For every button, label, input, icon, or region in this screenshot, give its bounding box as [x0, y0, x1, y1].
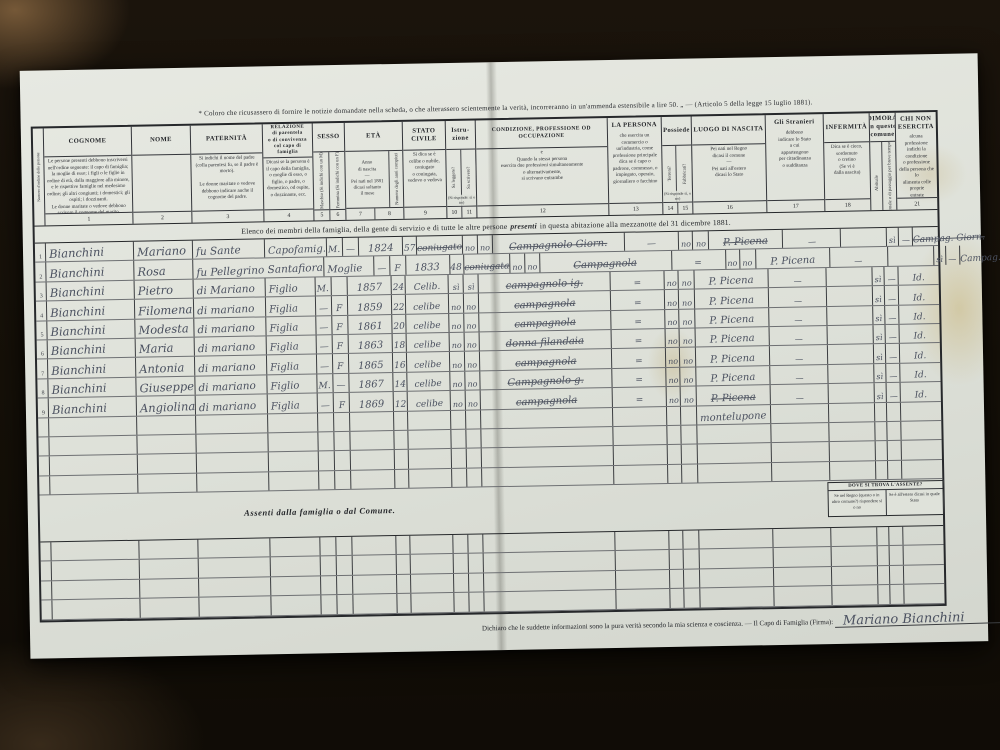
table-cell [684, 550, 700, 569]
table-cell: celibe [407, 352, 450, 371]
header-subcolumn: Maschio (Si indichi con un M) [313, 152, 330, 209]
cell-value: no [667, 318, 677, 327]
cell-value: sì [889, 236, 896, 245]
cell-value: no [452, 380, 462, 389]
header-column-title: LA PERSONA [608, 117, 661, 132]
cell-value: Figlia [270, 361, 299, 373]
cell-value: F [337, 342, 344, 352]
table-cell [771, 423, 829, 442]
table-cell [138, 454, 197, 473]
table-cell [271, 557, 321, 576]
cell-value: Figlio [270, 381, 299, 393]
table-cell: no [510, 254, 525, 273]
table-cell: coniugata [464, 254, 510, 273]
table-cell: — [770, 326, 828, 345]
column-number-row: 12 [477, 203, 608, 217]
table-cell [670, 550, 684, 569]
table-cell [351, 450, 395, 469]
table-cell: — [769, 287, 827, 306]
cell-value: M. [328, 245, 340, 256]
cell-value: 1863 [357, 340, 383, 352]
cell-value: no [682, 337, 692, 346]
table-cell: — [318, 393, 334, 412]
table-cell: 18 [393, 334, 407, 353]
header-column: Istru- zioneSa leggere?Sa scrivere?(Si r… [446, 120, 478, 218]
table-cell: P. Picena [695, 308, 769, 328]
table-cell: M. [317, 374, 333, 393]
cell-value: Figlia [270, 342, 299, 354]
table-cell: = [612, 368, 666, 387]
table-cell [269, 471, 319, 490]
cell-value: P. Picena [709, 294, 754, 307]
table-cell: Maria [136, 338, 195, 357]
table-cell [878, 546, 890, 565]
table-cell: 5 [36, 321, 47, 340]
header-column-title: CONDIZIONE, PROFESSIONE OD OCCUPAZIONE [476, 118, 608, 149]
header-column-title: SESSO [313, 123, 345, 153]
cell-value: fu Sante [196, 245, 241, 259]
table-cell [335, 471, 351, 490]
table-cell: di mariano [195, 336, 267, 356]
table-cell [902, 440, 942, 459]
table-cell: M. [327, 238, 343, 257]
cell-value: Bianchini [50, 303, 106, 319]
member-rows: 1BianchiniMarianofu SanteCapofamig.M.—18… [35, 227, 942, 496]
table-cell [841, 228, 887, 247]
table-cell: Bianchini [48, 377, 136, 397]
table-cell: Pietro [135, 279, 194, 298]
header-subcolumns: Terreni?Fabbricati?(Si risponde sì, o no… [662, 146, 692, 203]
cell-value: 20 [393, 322, 405, 332]
table-cell: campagnola [480, 349, 612, 370]
table-cell: Id. [899, 285, 939, 304]
cell-value: campagnola [514, 298, 576, 312]
table-cell [682, 464, 698, 483]
table-cell: no [666, 368, 680, 387]
table-cell [41, 601, 52, 620]
table-cell: Figlia [268, 394, 318, 413]
cell-value: Rosa [137, 264, 166, 279]
table-cell [452, 468, 467, 487]
cell-value: — [948, 254, 956, 263]
header-column: LA PERSONAche esercita un commercio o un… [608, 117, 664, 215]
table-cell: 1863 [349, 334, 393, 353]
cell-value: no [527, 262, 537, 271]
cell-value: Angiolina [140, 399, 196, 415]
header-subcolumn-label: Sa leggere? [451, 167, 457, 188]
column-number-row: 16 [693, 200, 766, 213]
column-number: 7 [346, 208, 375, 220]
table-cell [409, 449, 452, 468]
table-cell: — [770, 365, 828, 384]
column-number: 18 [825, 199, 870, 211]
header-response-note: (Si risponde: sì o no) [447, 195, 476, 206]
table-cell [410, 535, 453, 554]
absent-section-title: Assenti dalla famiglia o dal Comune. [40, 501, 600, 521]
table-cell [199, 597, 271, 617]
cell-value: coniugato [417, 243, 462, 255]
cell-value: sì [876, 333, 883, 342]
table-cell: 14 [393, 373, 407, 392]
header-subcolumn-label: Sa scrivere? [466, 166, 472, 188]
table-cell [467, 449, 482, 468]
table-cell: Bianchini [46, 261, 134, 281]
cell-value: Bianchini [52, 400, 108, 416]
table-cell [902, 460, 942, 479]
cell-value: no [727, 258, 737, 267]
table-cell: 1861 [348, 315, 392, 334]
cell-value: no [467, 341, 477, 350]
table-cell [453, 535, 468, 554]
table-cell: P. Picena [696, 366, 770, 386]
cell-value: sì [875, 275, 882, 284]
cell-value: no [668, 376, 678, 385]
table-cell [878, 566, 890, 585]
table-cell: celibe [406, 294, 449, 313]
table-cell: Campag. Giorn. [913, 226, 985, 246]
row-number-column-text: Numero d'ordine delle persone [36, 152, 41, 201]
table-cell: 1824 [359, 237, 403, 256]
cell-value: no [681, 279, 691, 288]
header-column-note: Si indichi il nome del padre (colla pare… [191, 153, 263, 210]
table-cell [829, 422, 875, 441]
table-cell [49, 416, 137, 436]
table-cell: 6 [37, 340, 48, 359]
table-cell: fu Pellegrino Santafiora [193, 258, 324, 279]
table-cell [616, 550, 670, 569]
table-cell [454, 593, 469, 612]
column-number: 5 [314, 210, 330, 221]
cell-value: — [854, 256, 862, 265]
table-cell [828, 364, 874, 383]
cell-value: P. Picena [710, 333, 755, 346]
table-cell [394, 411, 408, 430]
table-cell: P. Picena [756, 248, 830, 268]
cell-value: no [467, 379, 477, 388]
header-column: CONDIZIONE, PROFESSIONE OD OCCUPAZIONEe … [476, 118, 610, 217]
row-number-value: 5 [40, 332, 43, 338]
table-cell: — [886, 363, 900, 382]
cell-value: sì [452, 283, 459, 292]
header-subcolumns: AbitualeOccasionale o di passaggio per b… [870, 142, 896, 210]
table-cell: no [465, 371, 480, 390]
table-cell [830, 461, 876, 480]
table-cell [320, 537, 336, 556]
table-cell [350, 431, 394, 450]
table-cell [334, 412, 350, 431]
table-cell [826, 267, 872, 286]
header-subcolumns: Anno di nascita — Pei nati nel 1881 dica… [345, 151, 403, 208]
cell-value: P. Picena [710, 353, 755, 366]
table-cell: Figlia [266, 316, 316, 335]
table-cell [700, 568, 774, 588]
table-cell [318, 413, 334, 432]
cell-value: Bianchini [50, 323, 106, 339]
table-cell: Modesta [135, 318, 194, 337]
table-cell: Campagnolo Giorn. [493, 233, 625, 254]
table-cell [681, 406, 697, 425]
table-cell [484, 551, 616, 572]
table-cell [832, 566, 878, 585]
table-cell [771, 404, 829, 423]
row-number-value: 6 [40, 352, 43, 358]
table-cell: no [666, 348, 680, 367]
table-cell: 1859 [348, 295, 392, 314]
column-number: 15 [678, 203, 692, 214]
table-cell: no [740, 250, 756, 269]
table-cell [38, 437, 49, 456]
cell-value: sì [876, 353, 883, 362]
cell-value: 1869 [359, 398, 385, 410]
row-number-column-label: Numero d'ordine delle persone [33, 128, 45, 225]
table-cell [50, 455, 138, 475]
cell-value: F [337, 362, 344, 372]
table-cell [887, 422, 901, 441]
table-cell: di mariano [195, 356, 267, 376]
caption-post: in questa abitazione alla mezzanotte del… [540, 217, 731, 229]
table-cell: P. Picena [695, 288, 769, 308]
table-cell: Figlio [267, 374, 317, 393]
cell-value: Figlio [269, 284, 298, 296]
header-column-title: NOME [132, 126, 191, 156]
table-cell: Bianchini [49, 397, 137, 417]
column-number-row: 18 [825, 198, 870, 211]
cell-value: — [888, 333, 896, 342]
header-subcolumn: Numero degli anni compiuti [389, 151, 404, 207]
cell-value: no [467, 360, 477, 369]
cell-value: — [320, 362, 329, 372]
table-cell: Antonia [136, 357, 195, 376]
table-cell: no [726, 250, 740, 269]
cell-value: Id. [913, 331, 926, 342]
table-cell [888, 460, 902, 479]
table-cell: no [478, 235, 493, 254]
header-column-title: INFERMITÀ [824, 113, 870, 143]
column-number-row: 56 [314, 208, 345, 220]
table-cell [469, 554, 484, 573]
table-cell [39, 476, 50, 495]
table-cell [337, 556, 353, 575]
cell-value: F [337, 323, 344, 333]
table-cell [888, 441, 902, 460]
column-number: 10 [447, 207, 462, 218]
header-column-note: Si dica se è celibe o nubile, coniugato … [403, 150, 446, 207]
cell-value: Moglie [327, 263, 362, 275]
cell-value: Campag. Giorn. [960, 251, 1000, 264]
cell-value: Figlia [271, 400, 300, 412]
table-cell: — [317, 335, 333, 354]
cell-value: — [888, 352, 896, 361]
table-cell [613, 407, 667, 426]
table-cell [467, 468, 482, 487]
table-cell [409, 469, 452, 488]
table-cell [889, 527, 903, 546]
cell-value: campagnola [516, 394, 578, 408]
table-cell: sì [934, 246, 946, 265]
table-cell [774, 586, 832, 605]
table-cell: Bianchini [47, 300, 135, 320]
table-cell [827, 286, 873, 305]
cell-value: no [451, 322, 461, 331]
table-cell: 2 [35, 263, 46, 282]
table-cell: montelupone [697, 405, 771, 425]
header-column: CHI NON ESERCITAalcuna professione indic… [896, 112, 938, 210]
table-cell [828, 325, 874, 344]
table-header: Numero d'ordine delle personeCOGNOMELe p… [33, 112, 938, 227]
table-cell [469, 593, 484, 612]
cell-value: Id. [914, 370, 927, 381]
table-cell [52, 580, 140, 600]
table-cell: Campag. Giorn. [960, 245, 1000, 265]
cell-value: no [452, 360, 462, 369]
column-number: 14 [663, 203, 678, 214]
table-cell [482, 446, 614, 467]
table-cell: — [316, 316, 332, 335]
header-column-title: CHI NON ESERCITA [896, 112, 936, 133]
cell-value: — [807, 238, 815, 247]
table-cell: — [783, 229, 841, 248]
cell-value: no [683, 376, 693, 385]
cell-value: Figlia [269, 322, 298, 334]
cell-value: montelupone [700, 410, 767, 424]
table-cell [829, 403, 875, 422]
row-number-value: 2 [39, 274, 42, 280]
photo-background: * Coloro che ricusassero di fornire le n… [0, 0, 1000, 750]
table-cell: P. Picena [694, 269, 768, 289]
table-cell [397, 555, 411, 574]
header-column-title: Gli Stranieri [766, 114, 823, 129]
table-cell: 1833 [406, 255, 450, 274]
table-cell: Giuseppe [136, 376, 195, 395]
table-cell [876, 461, 888, 480]
table-cell [830, 442, 876, 461]
cell-value: sì [467, 283, 474, 292]
table-cell: sì [873, 306, 885, 325]
cell-value: sì [936, 255, 943, 264]
table-cell: = [611, 310, 665, 329]
table-cell [466, 429, 481, 448]
cell-value: campagnolo ig. [505, 278, 583, 292]
table-cell [700, 587, 774, 607]
cell-value: no [666, 298, 676, 307]
table-cell [904, 584, 944, 603]
table-cell [319, 451, 335, 470]
cell-value: 1833 [414, 262, 440, 274]
header-column-note: che esercita un commercio o un'industria… [608, 131, 662, 203]
table-cell [684, 569, 700, 588]
table-cell: no [667, 387, 681, 406]
cell-value: Antonia [139, 360, 185, 376]
header-column: STATO CIVILESi dica se è celibe o nubile… [403, 121, 448, 219]
table-cell [829, 383, 875, 402]
cell-value: 14 [394, 380, 406, 390]
table-cell: no [449, 313, 464, 332]
table-cell: no [465, 332, 480, 351]
table-cell [698, 443, 772, 463]
column-number-row: 1415 [663, 202, 692, 215]
cell-value: no [465, 244, 475, 253]
table-cell [353, 555, 397, 574]
table-cell: 1 [35, 243, 46, 262]
table-cell [774, 547, 832, 566]
header-column-note: alcuna professione indichi la condizione… [896, 132, 937, 197]
cell-value: — [794, 335, 802, 344]
cell-value: no [682, 356, 692, 365]
header-subcolumn-label: Maschio (Si indichi con un M) [318, 152, 324, 209]
header-subcolumn: Femmina (Si indichi con un F) [329, 152, 346, 209]
table-cell: Figlio [266, 277, 316, 296]
header-column: DIMORA in questo comuneAbitualeOccasiona… [870, 113, 898, 210]
cell-value: — [320, 342, 329, 352]
table-cell [615, 531, 669, 550]
declaration-text: Dichiaro che le suddette informazioni so… [482, 618, 833, 632]
cell-value: 1859 [357, 301, 383, 313]
table-cell: di mariano [195, 375, 267, 395]
cell-value: 57 [404, 244, 416, 254]
column-number-row: 1011 [447, 205, 476, 218]
table-cell: Figlia [266, 297, 316, 316]
cell-value: no [680, 240, 690, 249]
table-cell: M. [316, 277, 332, 296]
table-cell: = [611, 290, 665, 309]
cell-value: 12 [395, 399, 407, 409]
cell-value: no [466, 302, 476, 311]
table-cell [699, 529, 773, 549]
cell-value: no [742, 258, 752, 267]
table-cell [890, 566, 904, 585]
table-cell: Rosa [134, 260, 193, 279]
table-cell [199, 577, 271, 597]
table-cell: — [771, 384, 829, 403]
column-number-row: 21 [897, 197, 937, 210]
cell-value: = [635, 356, 643, 366]
absent-location-box: DOVE SI TROVA L'ASSENTE? Se nel Regno (q… [827, 480, 944, 517]
column-number-row: 1 [45, 212, 132, 226]
table-cell: — [343, 238, 359, 257]
cell-value: coniugata [464, 261, 509, 273]
table-cell [318, 432, 334, 451]
cell-value: no [667, 356, 677, 365]
cell-value: no [466, 321, 476, 330]
cell-value: P. Picena [723, 236, 768, 249]
table-cell [337, 595, 353, 614]
table-cell [484, 571, 616, 592]
cell-value: celibe [415, 398, 443, 409]
table-cell [700, 549, 774, 569]
cell-value: — [794, 354, 802, 363]
table-cell [397, 575, 411, 594]
table-cell [482, 466, 614, 487]
table-cell [321, 557, 337, 576]
table-cell [877, 527, 889, 546]
table-cell [613, 426, 667, 445]
cell-value: = [635, 375, 643, 385]
header-column-note: e Quando la stessa persona esercita due … [476, 147, 608, 205]
table-cell: Capofamig. [265, 238, 327, 258]
cell-value: di mariano [198, 341, 256, 355]
header-column-title: STATO CIVILE [403, 121, 446, 151]
column-number: 4 [264, 209, 313, 221]
cell-value: — [889, 372, 897, 381]
table-cell: — [316, 296, 332, 315]
table-cell [268, 432, 318, 451]
header-column-title: ETÀ [345, 122, 403, 152]
table-cell: 57 [403, 237, 417, 256]
table-cell: Mariano [134, 241, 193, 260]
cell-value: P. Picena [709, 314, 754, 327]
cell-value: = [636, 395, 644, 405]
table-cell: F [332, 315, 348, 334]
